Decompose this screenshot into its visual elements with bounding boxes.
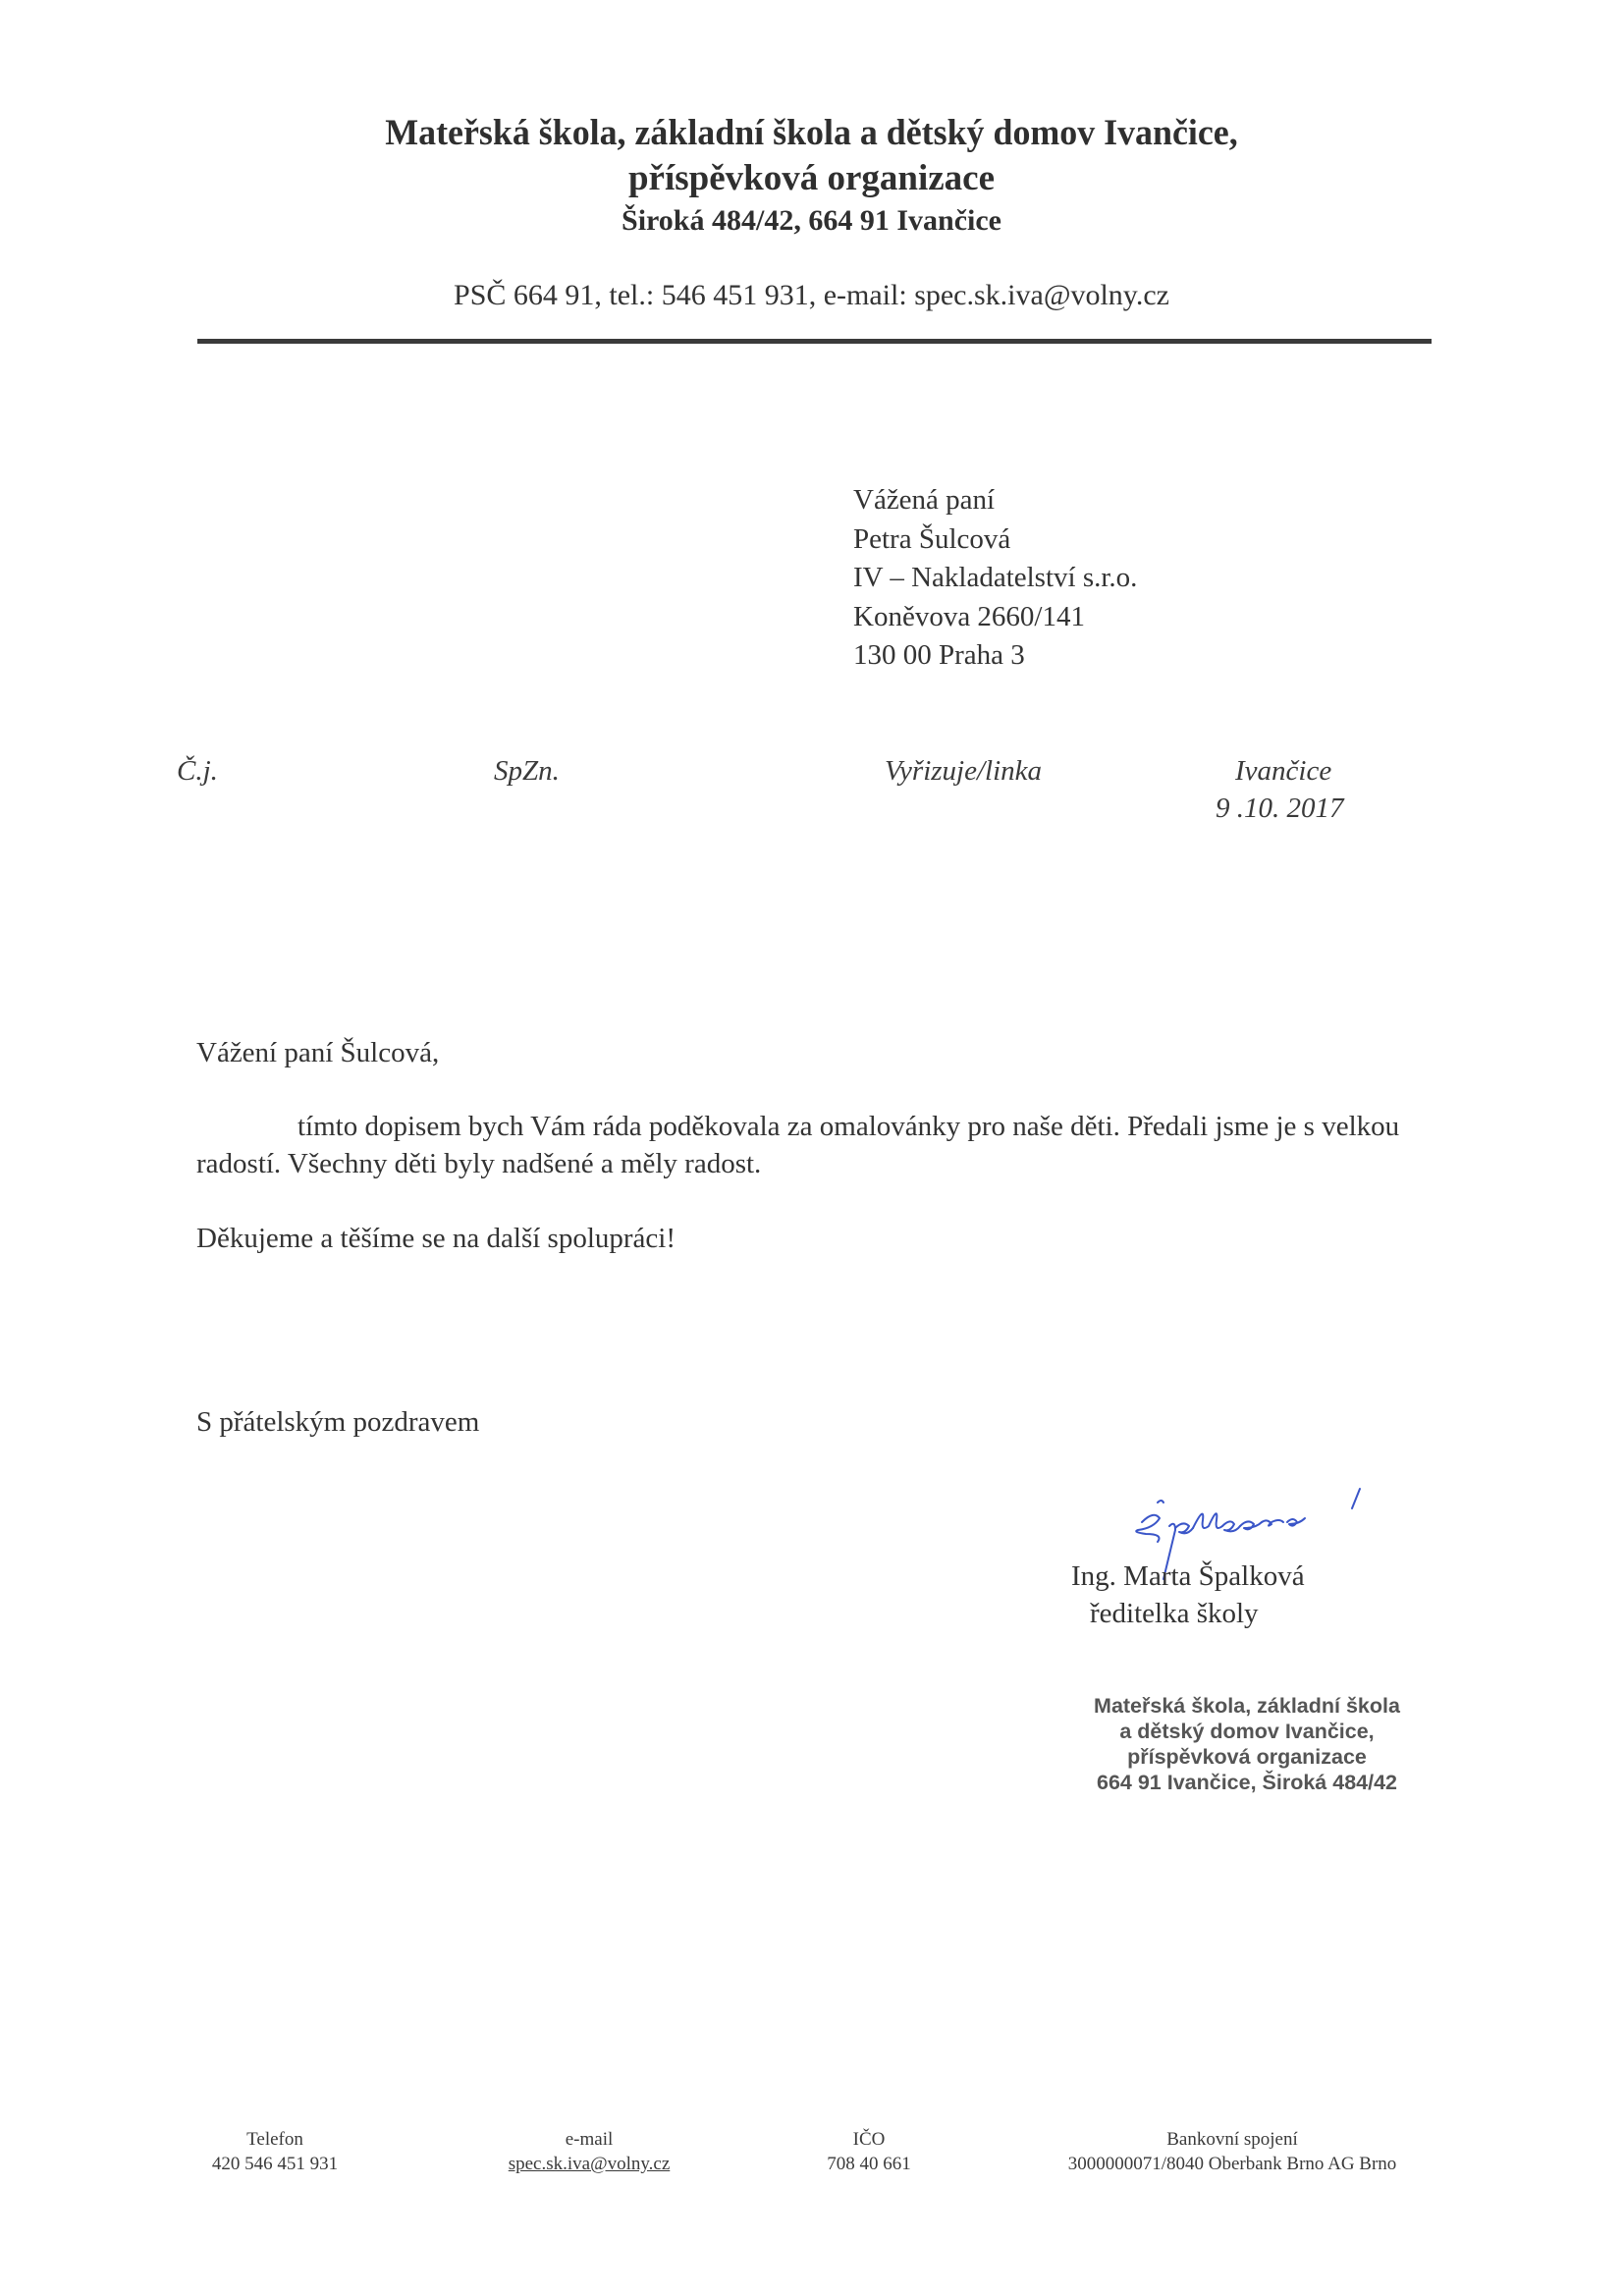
recipient-company: IV – Nakladatelství s.r.o. [853,559,1137,598]
reference-spzn-label: SpZn. [494,752,560,790]
footer-phone: Telefon 420 546 451 931 [187,2127,363,2176]
reference-date: 9 .10. 2017 [1216,790,1344,827]
reference-place: Ivančice [1235,752,1331,790]
letter-thanks: Děkujeme a těšíme se na další spolupráci… [196,1220,676,1257]
footer-ico-value: 708 40 661 [785,2152,952,2176]
recipient-street: Koněvova 2660/141 [853,598,1137,637]
letter-paragraph: tímto dopisem bych Vám ráda poděkovala z… [196,1108,1434,1182]
stamp-line-3: příspěvková organizace [1041,1744,1453,1770]
letter-salutation: Vážení paní Šulcová, [196,1034,439,1071]
recipient-name: Petra Šulcová [853,520,1137,560]
letterhead-subtitle: příspěvková organizace [0,156,1623,201]
letterhead-address: Široká 484/42, 664 91 Ivančice [0,201,1623,241]
signer-name: Ing. Marta Špalková [1071,1558,1305,1595]
footer-phone-value: 420 546 451 931 [187,2152,363,2176]
letterhead-contact-line: PSČ 664 91, tel.: 546 451 931, e-mail: s… [0,276,1623,315]
stamp-line-1: Mateřská škola, základní škola [1041,1693,1453,1719]
letterhead-title: Mateřská škola, základní škola a dětský … [25,111,1598,156]
footer-bank-value: 3000000071/8040 Oberbank Brno AG Brno [1031,2152,1434,2176]
stamp-line-4: 664 91 Ivančice, Široká 484/42 [1041,1770,1453,1795]
letterhead-divider [197,339,1432,344]
footer-email-link[interactable]: spec.sk.iva@volny.cz [509,2154,671,2174]
recipient-city: 130 00 Praha 3 [853,636,1137,676]
letter-closing: S přátelským pozdravem [196,1403,479,1441]
footer-ico-label: IČO [785,2127,952,2152]
recipient-greeting: Vážená paní [853,481,1137,520]
footer-email: e-mail spec.sk.iva@volny.cz [486,2127,692,2176]
reference-handler-label: Vyřizuje/linka [885,752,1042,790]
letter-paragraph-text: tímto dopisem bych Vám ráda poděkovala z… [196,1111,1399,1179]
signer-role: ředitelka školy [1090,1595,1259,1632]
footer-email-label: e-mail [486,2127,692,2152]
footer-bank: Bankovní spojení 3000000071/8040 Oberban… [1031,2127,1434,2176]
footer-ico: IČO 708 40 661 [785,2127,952,2176]
reference-cj-label: Č.j. [177,752,218,790]
footer-phone-label: Telefon [187,2127,363,2152]
footer-bank-label: Bankovní spojení [1031,2127,1434,2152]
stamp-line-2: a dětský domov Ivančice, [1041,1719,1453,1744]
organization-stamp: Mateřská škola, základní škola a dětský … [1041,1693,1453,1795]
recipient-address-block: Vážená paní Petra Šulcová IV – Nakladate… [853,481,1137,676]
